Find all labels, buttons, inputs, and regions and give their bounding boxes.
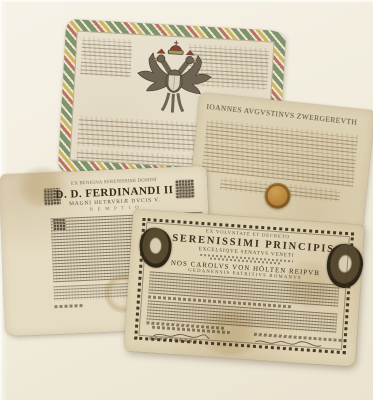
signature-block-right [253, 333, 342, 352]
photograph-background: IOANNES AVGVSTINVS ZWERGEREVTH EX BENIGN… [0, 0, 373, 400]
handwriting-block-left [80, 37, 132, 78]
patent-header: EX BENIGNA SERENISSIMI DOMINI D. D. FERD… [39, 176, 190, 216]
chain-border: EX VOLVNTATE ET DECRETO SERENISSIMI PRIN… [134, 218, 354, 354]
document-manuscript-letter: IOANNES AVGVSTINVS ZWERGEREVTH [187, 92, 373, 234]
woodcut-initial-icon [53, 218, 67, 232]
printed-line [54, 304, 84, 308]
document-venetian-diploma: EX VOLVNTATE ET DECRETO SERENISSIMI PRIN… [123, 209, 364, 367]
crest-left-icon [140, 228, 172, 268]
